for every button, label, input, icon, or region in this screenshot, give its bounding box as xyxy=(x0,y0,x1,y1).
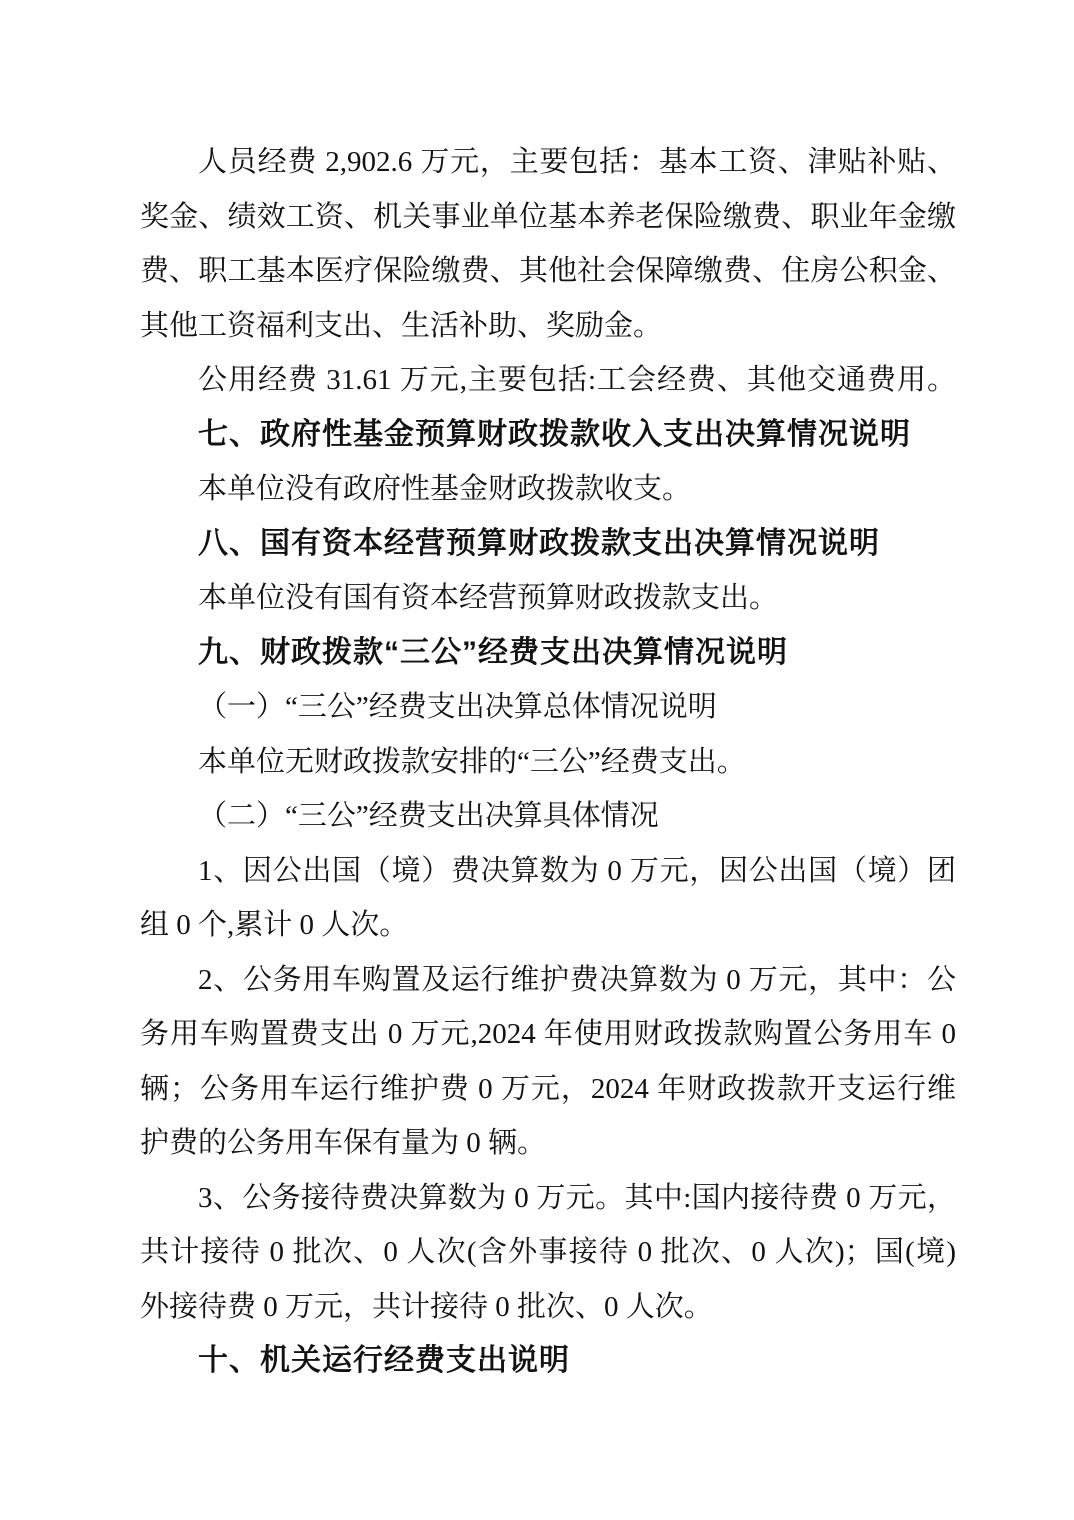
doc-line: 3、公务接待费决算数为 0 万元。其中:国内接待费 0 万元， xyxy=(140,1171,956,1226)
subsection-heading-1: （一）“三公”经费支出决算总体情况说明 xyxy=(140,680,956,735)
document-page: 人员经费 2,902.6 万元，主要包括：基本工资、津贴补贴、 奖金、绩效工资、… xyxy=(0,0,1074,1520)
doc-line: 2、公务用车购置及运行维护费决算数为 0 万元，其中：公 xyxy=(140,953,956,1008)
doc-line: 本单位没有政府性基金财政拨款收支。 xyxy=(140,462,956,517)
doc-line: 组 0 个,累计 0 人次。 xyxy=(140,898,956,953)
doc-line: 本单位没有国有资本经营预算财政拨款支出。 xyxy=(140,571,956,626)
doc-line: 护费的公务用车保有量为 0 辆。 xyxy=(140,1116,956,1171)
section-heading-7: 七、政府性基金预算财政拨款收入支出决算情况说明 xyxy=(140,408,956,463)
doc-line: 费、职工基本医疗保险缴费、其他社会保障缴费、住房公积金、 xyxy=(140,244,956,299)
doc-line: 本单位无财政拨款安排的“三公”经费支出。 xyxy=(140,735,956,790)
doc-line: 务用车购置费支出 0 万元,2024 年使用财政拨款购置公务用车 0 xyxy=(140,1007,956,1062)
doc-line: 公用经费 31.61 万元,主要包括:工会经费、其他交通费用。 xyxy=(140,353,956,408)
doc-line: 共计接待 0 批次、0 人次(含外事接待 0 批次、0 人次)；国(境) xyxy=(140,1225,956,1280)
section-heading-10: 十、机关运行经费支出说明 xyxy=(140,1334,956,1389)
doc-line: 辆；公务用车运行维护费 0 万元，2024 年财政拨款开支运行维 xyxy=(140,1062,956,1117)
section-heading-8: 八、国有资本经营预算财政拨款支出决算情况说明 xyxy=(140,517,956,572)
doc-line: 奖金、绩效工资、机关事业单位基本养老保险缴费、职业年金缴 xyxy=(140,190,956,245)
doc-line: 人员经费 2,902.6 万元，主要包括：基本工资、津贴补贴、 xyxy=(140,135,956,190)
subsection-heading-2: （二）“三公”经费支出决算具体情况 xyxy=(140,789,956,844)
doc-line: 其他工资福利支出、生活补助、奖励金。 xyxy=(140,299,956,354)
section-heading-9: 九、财政拨款“三公”经费支出决算情况说明 xyxy=(140,626,956,681)
doc-line: 外接待费 0 万元，共计接待 0 批次、0 人次。 xyxy=(140,1280,956,1335)
doc-line: 1、因公出国（境）费决算数为 0 万元，因公出国（境）团 xyxy=(140,844,956,899)
